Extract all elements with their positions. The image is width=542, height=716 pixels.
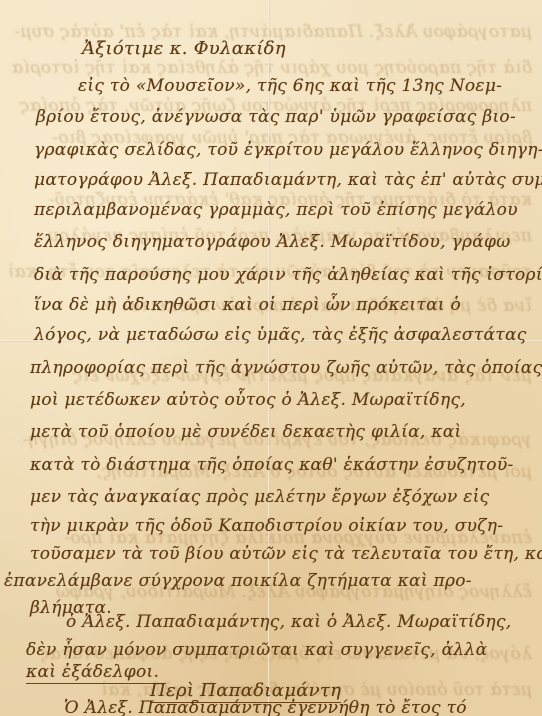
letter-line: τοῦσαμεν τὰ τοῦ βίου αὐτῶν εἰς τὰ τελευτ… — [30, 544, 542, 564]
letter-line: ἕλληνος διηγηματογράφου Ἀλεξ. Μωραϊτίδου… — [34, 232, 510, 252]
letter-line: ματογράφου Ἀλεξ. Παπαδιαμάντη, καὶ τὰς ἐ… — [34, 170, 542, 190]
letter-line: τὴν μικρὰν τῆς ὁδοῦ Καποδιστρίου οἰκίαν … — [30, 516, 503, 536]
letter-line: λόγος, νὰ μεταδώσω εἰς ὑμᾶς, τὰς ἐξῆς ἀσ… — [34, 325, 527, 345]
letter-line: Ὁ Ἀλεξ. Παπαδιαμάντης ἐγεννήθη τὸ ἔτος τ… — [64, 698, 467, 716]
letter-line: καὶ ἐξάδελφοι. — [26, 662, 159, 684]
manuscript-page: ματογράφου Ἀλεξ. Παπαδιαμάντη, καὶ τὰς ἐ… — [0, 0, 542, 716]
letter-line: πληροφορίας περὶ τῆς ἀγνώστου ζωῆς αὐτῶν… — [30, 358, 542, 378]
letter-line: κατὰ τὸ διάστημα τῆς ὁποίας καθ' ἑκάστην… — [30, 455, 514, 475]
letter-line: βρίου ἔτους, ἀνέγνωσα τὰς παρ' ὑμῶν γραφ… — [36, 107, 516, 127]
letter-line: περιλαμβανομένας γραμμὰς, περὶ τοῦ ἐπίση… — [34, 200, 518, 220]
letter-line: μεν τὰς ἀναγκαίας πρὸς μελέτην ἔργων ἐξό… — [30, 487, 490, 507]
letter-line: μετὰ τοῦ ὁποίου μὲ συνέδει δεκαετὴς φιλί… — [30, 422, 462, 442]
letter-line: εἰς τὸ «Μουσεῖον», τῆς 6ης καὶ τῆς 13ης … — [78, 76, 502, 96]
letter-line: γραφικὰς σελίδας, τοῦ ἐγκρίτου μεγάλου ἕ… — [34, 140, 542, 160]
letter-line: δὲν ἦσαν μόνον συμπατριῶται καὶ συγγενεῖ… — [26, 640, 487, 660]
letter-line: ἐπανελάμβανε σύγχρονα ποικίλα ζητήματα κ… — [4, 571, 472, 591]
letter-line: ὁ Ἀλεξ. Παπαδιαμάντης, καὶ ὁ Ἀλεξ. Μωραϊ… — [66, 612, 511, 632]
letter-line: μοὶ μετέδωκεν αὐτὸς οὗτος ὁ Ἀλεξ. Μωραϊτ… — [30, 390, 466, 410]
letter-body: Ἀξιότιμε κ. Φυλακίδη εἰς τὸ «Μουσεῖον», … — [0, 0, 542, 716]
letter-line: διὰ τῆς παρούσης μου χάριν τῆς ἀληθείας … — [34, 265, 542, 285]
letter-line: ἵνα δὲ μὴ ἀδικηθῶσι καὶ οἱ περὶ ὧν πρόκε… — [34, 295, 461, 315]
salutation: Ἀξιότιμε κ. Φυλακίδη — [82, 38, 286, 59]
